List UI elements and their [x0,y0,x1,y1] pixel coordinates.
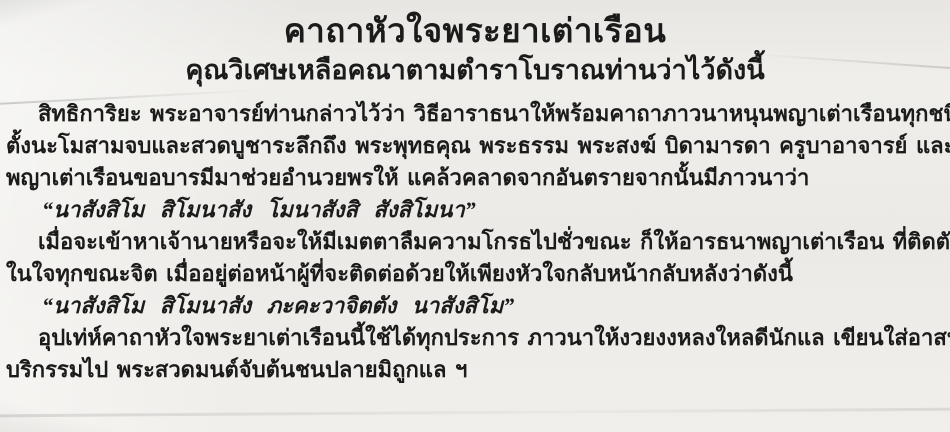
text-line-6: อุปเท่ห์คาถาหัวใจพระยาเต่าเรือนนี้ใช้ได้… [6,322,944,354]
text-line-3: พญาเต่าเรือนขอบารมีมาช่วยอำนวยพรให้ แคล้… [6,162,944,194]
paper-crease [0,408,950,418]
text-line-4: เมื่อจะเข้าหาเจ้านายหรือจะให้มีเมตตาลืมค… [6,226,944,258]
mantra-line-2: “นาสังสิโม สิโมนาสัง ภะคะวาจิตตัง นาสังส… [6,290,944,322]
document-body: คาถาหัวใจพระยาเต่าเรือน คุณวิเศษเหลือคณา… [0,0,950,386]
document-text: สิทธิการิยะ พระอาจารย์ท่านกล่าวไว้ว่า วิ… [6,98,944,386]
text-line-1: สิทธิการิยะ พระอาจารย์ท่านกล่าวไว้ว่า วิ… [6,98,944,130]
text-line-7: บริกรรมไป พระสวดมนต์จับต้นชนปลายมิถูกแล … [6,354,944,386]
document-subtitle: คุณวิเศษเหลือคณาตามตำราโบราณท่านว่าไว้ดั… [6,52,944,88]
text-line-5: ในใจทุกขณะจิต เมื่ออยู่ต่อหน้าผู้ที่จะติ… [6,258,944,290]
document-title: คาถาหัวใจพระยาเต่าเรือน [6,12,944,52]
mantra-line-1: “นาสังสิโม สิโมนาสัง โมนาสังสิ สังสิโมนา… [6,194,944,226]
scanned-paper-page: คาถาหัวใจพระยาเต่าเรือน คุณวิเศษเหลือคณา… [0,0,950,432]
text-line-2: ตั้งนะโมสามจบและสวดบูชาระลึกถึง พระพุทธค… [6,130,944,162]
